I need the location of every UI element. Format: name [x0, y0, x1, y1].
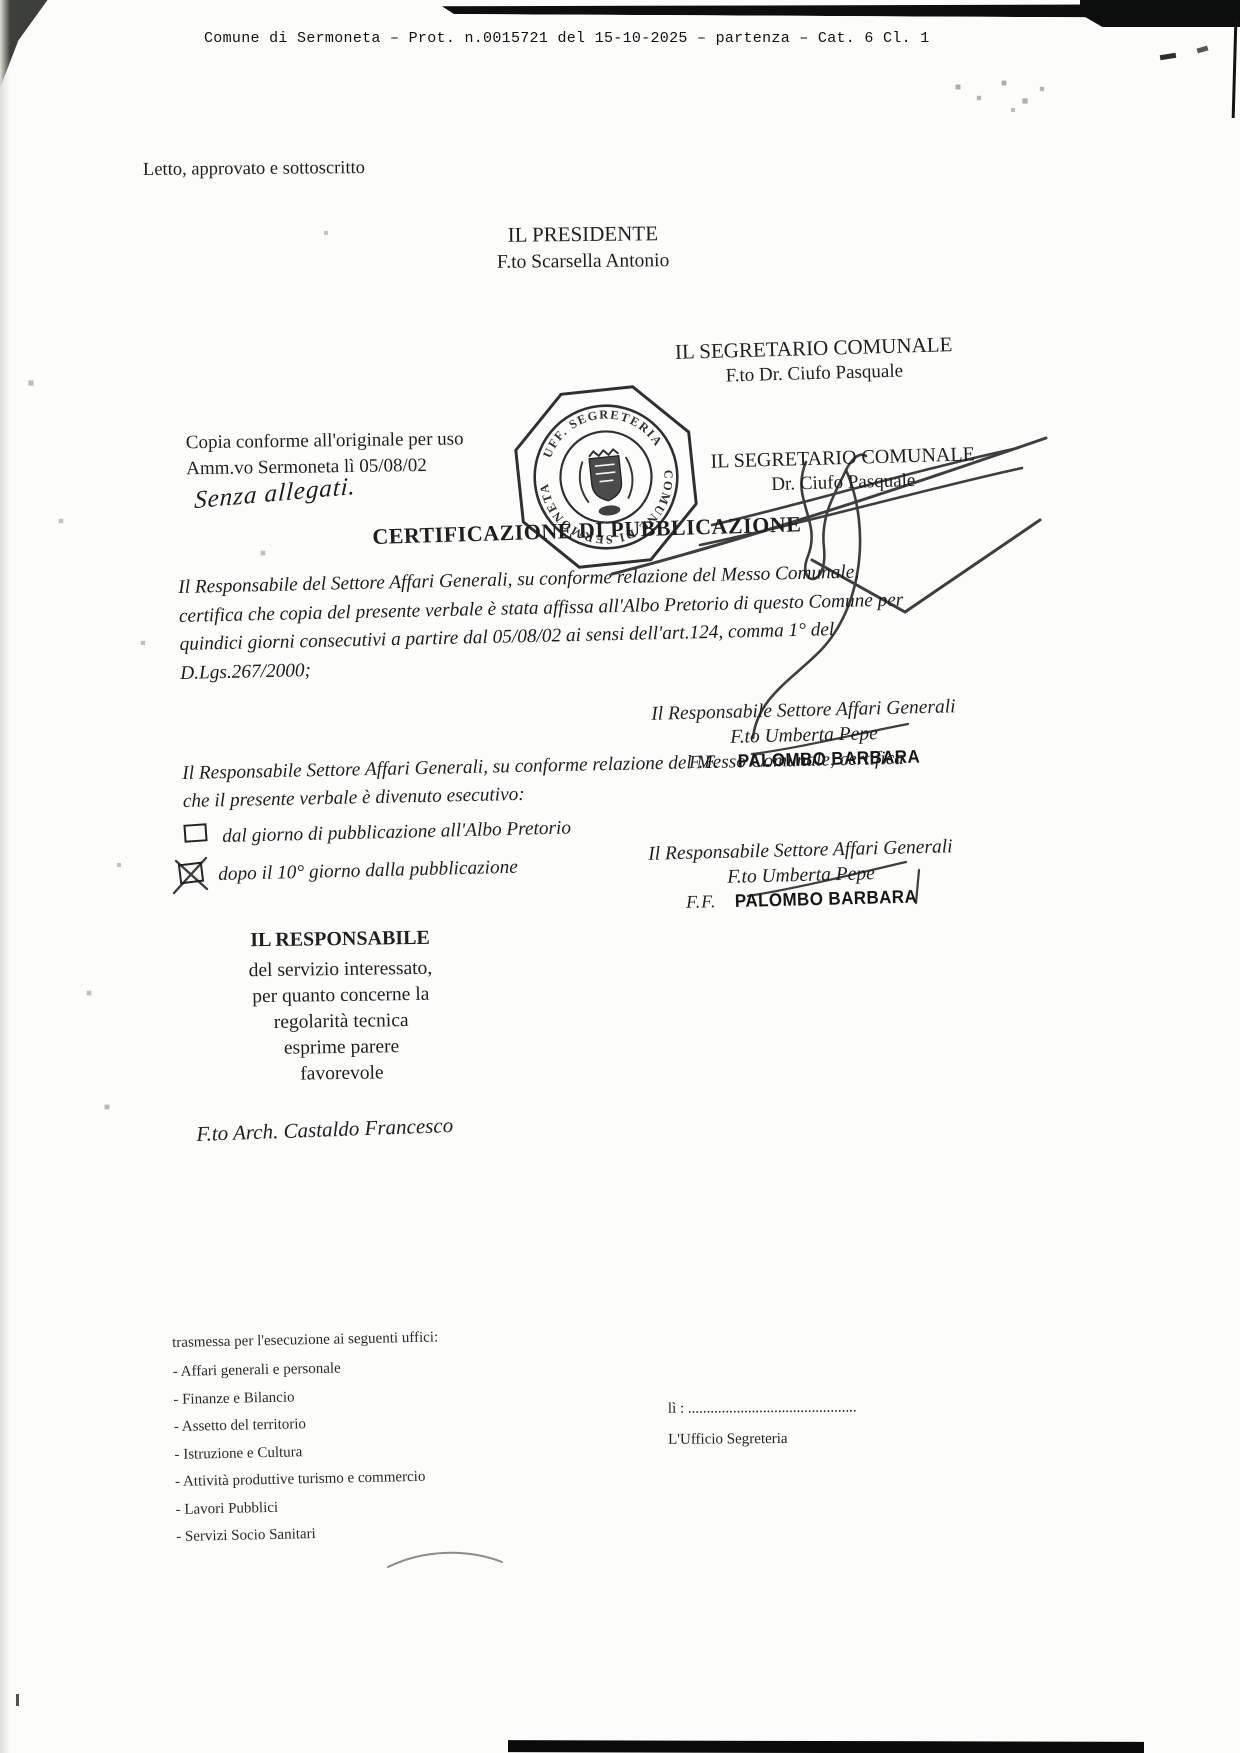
president-title: IL PRESIDENTE	[433, 220, 733, 248]
president-signature: F.to Scarsella Antonio	[433, 249, 733, 274]
transmission-office: - Assetto del territorio	[174, 1412, 514, 1435]
technical-signature: F.to Arch. Castaldo Francesco	[196, 1113, 454, 1147]
technical-opinion-line: del servizio interessato,	[234, 956, 446, 985]
transmission-office: - Attività produttive turismo e commerci…	[175, 1467, 515, 1490]
certification-body: Il Responsabile del Settore Affari Gener…	[178, 555, 1030, 688]
ff-abbreviation: F.F.	[686, 891, 717, 912]
page-edge-shadow	[0, 0, 10, 1753]
transmission-block: trasmessa per l'esecuzione ai seguenti u…	[172, 1328, 517, 1557]
responsible-block-2: Il Responsabile Settore Affari Generali …	[611, 835, 991, 914]
footer-office: L'Ufficio Segreteria	[668, 1430, 898, 1449]
president-block: IL PRESIDENTE F.to Scarsella Antonio	[433, 220, 734, 274]
checkbox-publication-day-label: dal giorno di pubblicazione all'Albo Pre…	[222, 817, 571, 848]
secretary-copy-block: IL SEGRETARIO COMUNALE Dr. Ciufo Pasqual…	[689, 443, 996, 499]
footer-block: lì : ...................................…	[668, 1399, 898, 1449]
transmission-office: - Affari generali e personale	[173, 1357, 513, 1380]
ink-smudge	[1160, 53, 1177, 60]
protocol-header: Comune di Sermoneta – Prot. n.0015721 de…	[204, 30, 930, 47]
scan-noise-specks	[0, 0, 2, 2]
checkbox-publication-day	[183, 823, 207, 843]
technical-opinion-line: favorevole	[236, 1060, 448, 1089]
technical-opinion-line: esprime parere	[235, 1034, 447, 1063]
transmission-office: - Lavori Pubblici	[175, 1494, 515, 1517]
scanned-document-page: Comune di Sermoneta – Prot. n.0015721 de…	[0, 0, 1240, 1753]
page-margin-mark	[16, 1694, 19, 1706]
checkbox-after-10th-day-label: dopo il 10° giorno dalla pubblicazione	[218, 857, 518, 886]
scanner-edge-right-line	[1232, 22, 1238, 118]
technical-opinion-block: IL RESPONSABILE del servizio interessato…	[234, 927, 448, 1089]
approval-line: Letto, approvato e sottoscritto	[143, 158, 365, 181]
transmission-office: - Servizi Socio Sanitari	[176, 1522, 516, 1545]
executivity-paragraph: Il Responsabile Settore Affari Generali,…	[182, 743, 993, 815]
transmission-intro: trasmessa per l'esecuzione ai seguenti u…	[172, 1328, 512, 1352]
technical-opinion-title: IL RESPONSABILE	[234, 927, 446, 953]
scanner-edge-bottom	[508, 1740, 1144, 1753]
stamp-emblem-icon	[577, 448, 636, 518]
secretary-block: IL SEGRETARIO COMUNALE F.to Dr. Ciufo Pa…	[651, 331, 976, 389]
checkbox-after-10th-day	[178, 862, 204, 885]
transmission-office: - Istruzione e Cultura	[174, 1439, 514, 1462]
scanner-edge-top-right	[1080, 0, 1240, 27]
stamped-name: PALOMBO BARBARA	[735, 886, 918, 912]
technical-opinion-line: per quanto concerne la	[235, 982, 447, 1011]
ink-smudge	[1197, 46, 1209, 54]
transmission-office: - Finanze e Bilancio	[173, 1384, 513, 1407]
technical-opinion-line: regolarità tecnica	[235, 1008, 447, 1037]
municipal-stamp-icon: COMUNE DI SERMONETA UFF. SEGRETERIA	[495, 368, 717, 586]
footer-date-line: lì : ...................................…	[668, 1399, 898, 1418]
